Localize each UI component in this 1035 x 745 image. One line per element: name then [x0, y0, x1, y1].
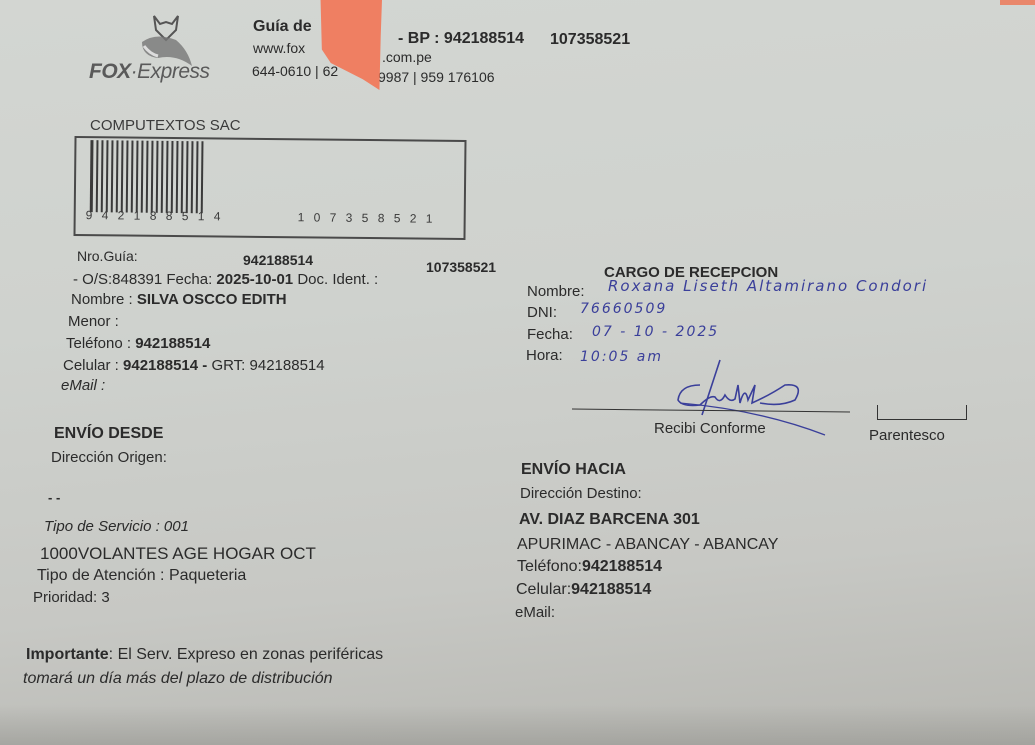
os-label: - O/S:848391 Fecha: — [73, 271, 216, 288]
brand-logo: FOX·Express — [89, 60, 210, 84]
reception-dni-value: 76660509 — [580, 301, 667, 317]
destination-region: APURIMAC - ABANCAY - ABANCAY — [517, 536, 778, 554]
notice-line2: tomará un día más del plazo de distribuc… — [23, 670, 333, 688]
nro-guia-label: Nro.Guía: — [77, 248, 138, 264]
origin-direccion-label: Dirección Origen: — [51, 449, 167, 466]
prioridad: Prioridad: 3 — [33, 589, 110, 606]
destination-email-label: eMail: — [515, 604, 555, 621]
nombre-line: Nombre : SILVA OSCCO EDITH — [71, 291, 287, 308]
barcode-bars — [90, 140, 459, 216]
destination-celular: Celular:942188514 — [516, 581, 651, 599]
destination-celular-label: Celular: — [516, 581, 571, 598]
destination-telefono: Teléfono:942188514 — [517, 558, 662, 576]
notice-label: Importante — [26, 646, 109, 663]
celular-value: 942188514 - — [123, 357, 207, 374]
parentesco-label: Parentesco — [869, 427, 945, 444]
destination-title: ENVÍO HACIA — [521, 461, 626, 479]
menor-label: Menor : — [68, 313, 119, 330]
reception-fecha-value: 07 - 10 - 2025 — [592, 324, 719, 340]
nombre-label: Nombre : — [71, 291, 137, 308]
reception-hora-label: Hora: — [526, 347, 563, 364]
phones-suffix: 9987 | 959 176106 — [378, 69, 495, 85]
nro-guia-value-2: 107358521 — [426, 259, 496, 275]
recibi-conforme-label: Recibi Conforme — [654, 420, 766, 437]
celular-label: Celular : — [63, 357, 123, 374]
grt-text: GRT: 942188514 — [207, 357, 324, 374]
origin-title: ENVÍO DESDE — [54, 425, 163, 443]
barcode-digits-left: 9 4 2 1 8 8 5 1 4 — [86, 208, 222, 223]
service-description: 1000VOLANTES AGE HOGAR OCT — [40, 544, 316, 564]
os-line: - O/S:848391 Fecha: 2025-10-01 Doc. Iden… — [73, 271, 378, 288]
company-name: COMPUTEXTOS SAC — [90, 117, 241, 134]
fecha-value: 2025-10-01 — [216, 271, 293, 288]
doc-ident-label: Doc. Ident. : — [293, 271, 378, 288]
destination-celular-value: 942188514 — [571, 581, 651, 598]
destination-address: AV. DIAZ BARCENA 301 — [519, 511, 700, 529]
important-notice: Importante: El Serv. Expreso en zonas pe… — [26, 646, 383, 664]
barcode-bar — [203, 141, 207, 213]
barcode: 9 4 2 1 8 8 5 1 4 1 0 7 3 5 8 5 2 1 — [73, 136, 466, 240]
reception-hora-value: 10:05 am — [580, 349, 663, 365]
tipo-atencion: Tipo de Atención : Paqueteria — [37, 567, 246, 585]
tape-corner — [1000, 0, 1035, 5]
email-label: eMail : — [61, 377, 105, 394]
parentesco-field — [877, 405, 967, 420]
bp-number: - BP : 942188514 — [398, 30, 524, 48]
reception-nombre-value: Roxana Liseth Altamirano Condori — [608, 277, 928, 295]
telefono-value: 942188514 — [135, 335, 210, 352]
page-shadow — [0, 705, 1035, 745]
destination-telefono-value: 942188514 — [582, 558, 662, 575]
telefono-line: Teléfono : 942188514 — [66, 335, 210, 352]
nombre-value: SILVA OSCCO EDITH — [137, 291, 287, 308]
notice-line1: : El Serv. Expreso en zonas periféricas — [109, 646, 384, 663]
barcode-digits-right: 1 0 7 3 5 8 5 2 1 — [298, 210, 434, 225]
telefono-label: Teléfono : — [66, 335, 135, 352]
reception-fecha-label: Fecha: — [527, 326, 573, 343]
destination-telefono-label: Teléfono: — [517, 558, 582, 575]
destination-direccion-label: Dirección Destino: — [520, 485, 642, 502]
logo-fox: FOX — [89, 60, 131, 83]
website-prefix: www.fox — [253, 40, 305, 56]
nro-guia-value: 942188514 — [243, 252, 313, 268]
origin-direccion-value: - - — [48, 490, 60, 505]
phones-prefix: 644-0610 | 62 — [252, 63, 338, 79]
reception-dni-label: DNI: — [527, 304, 557, 321]
tipo-servicio: Tipo de Servicio : 001 — [44, 518, 189, 535]
celular-line: Celular : 942188514 - GRT: 942188514 — [63, 357, 325, 374]
bp-number-2: 107358521 — [550, 31, 630, 49]
logo-express: ·Express — [131, 60, 210, 83]
website-suffix: .com.pe — [382, 49, 432, 65]
guide-title: Guía de — [253, 18, 312, 36]
reception-nombre-label: Nombre: — [527, 283, 585, 300]
